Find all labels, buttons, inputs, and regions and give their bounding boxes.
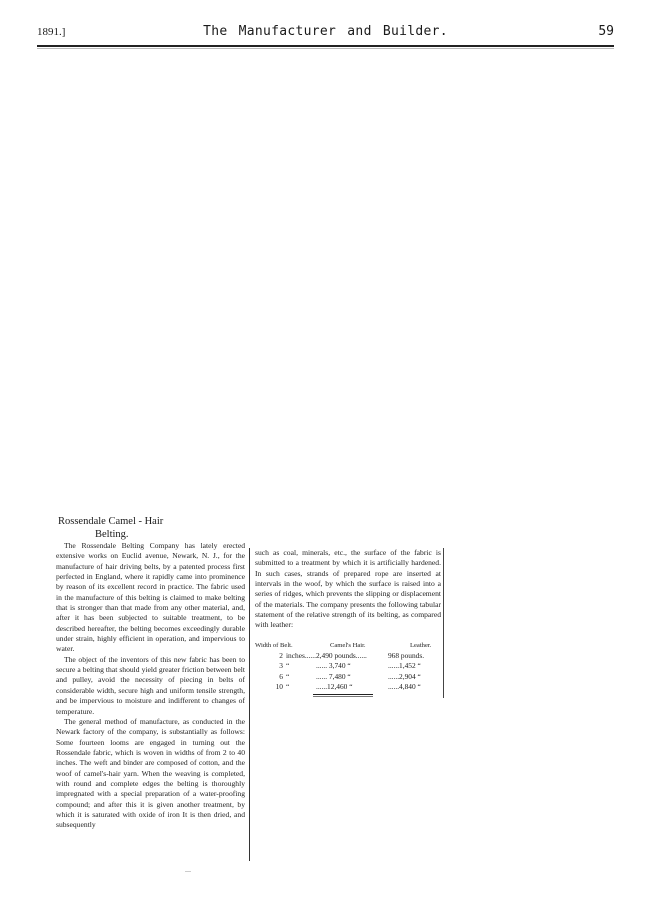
cell-width: 2: [255, 651, 286, 661]
cell-unit: “: [286, 682, 316, 692]
header-rule-thin: [37, 48, 614, 49]
cell-unit: “: [286, 661, 316, 671]
cell-leather: ......1,452 “: [388, 661, 441, 671]
cell-camel-hair: ......12,460 “: [316, 682, 388, 692]
header-rule: [37, 45, 614, 47]
article-title-line2: Belting.: [58, 528, 248, 541]
paragraph: The general method of manufacture, as co…: [56, 717, 245, 831]
cell-width: 6: [255, 672, 286, 682]
cell-camel-hair: 2,490 pounds......: [316, 651, 388, 661]
table-row: 3 “ ...... 3,740 “ ......1,452 “: [255, 661, 441, 671]
cell-camel-hair: ...... 3,740 “: [316, 661, 388, 671]
page-number: 59: [598, 24, 614, 39]
right-column-border: [443, 548, 444, 698]
column-header-camel-hair: Camel's Hair.: [316, 641, 388, 651]
article-title: Rossendale Camel - Hair Belting.: [58, 515, 248, 541]
print-speck: [185, 871, 191, 872]
cell-leather: 968 pounds.: [388, 651, 441, 661]
cell-width: 10: [255, 682, 286, 692]
paragraph: The object of the inventors of this new …: [56, 655, 245, 717]
cell-camel-hair: ...... 7,480 “: [316, 672, 388, 682]
cell-unit: inches......: [286, 651, 316, 661]
blank-page-area: [37, 55, 614, 505]
article-title-line1: Rossendale Camel - Hair: [58, 515, 248, 528]
table-header-row: Width of Belt. Camel's Hair. Leather.: [255, 641, 441, 651]
strength-comparison-table: Width of Belt. Camel's Hair. Leather. 2 …: [255, 641, 441, 692]
table-row: 6 “ ...... 7,480 “ ......2,904 “: [255, 672, 441, 682]
section-end-double-rule: [313, 694, 373, 697]
paragraph: such as coal, minerals, etc., the surfac…: [255, 548, 441, 631]
paragraph: The Rossendale Belting Company has latel…: [56, 541, 245, 655]
cell-width: 3: [255, 661, 286, 671]
article-right-column: such as coal, minerals, etc., the surfac…: [255, 548, 441, 631]
column-header-leather: Leather.: [388, 641, 441, 651]
table-row: 10 “ ......12,460 “ ......4,840 “: [255, 682, 441, 692]
cell-leather: ......4,840 “: [388, 682, 441, 692]
journal-title: The Manufacturer and Builder.: [37, 24, 614, 39]
running-head: 1891.] The Manufacturer and Builder. 59: [37, 24, 614, 44]
column-header-width: Width of Belt.: [255, 641, 316, 651]
column-divider: [249, 548, 250, 861]
table-row: 2 inches...... 2,490 pounds...... 968 po…: [255, 651, 441, 661]
cell-unit: “: [286, 672, 316, 682]
cell-leather: ......2,904 “: [388, 672, 441, 682]
article-left-column: The Rossendale Belting Company has latel…: [56, 541, 245, 831]
